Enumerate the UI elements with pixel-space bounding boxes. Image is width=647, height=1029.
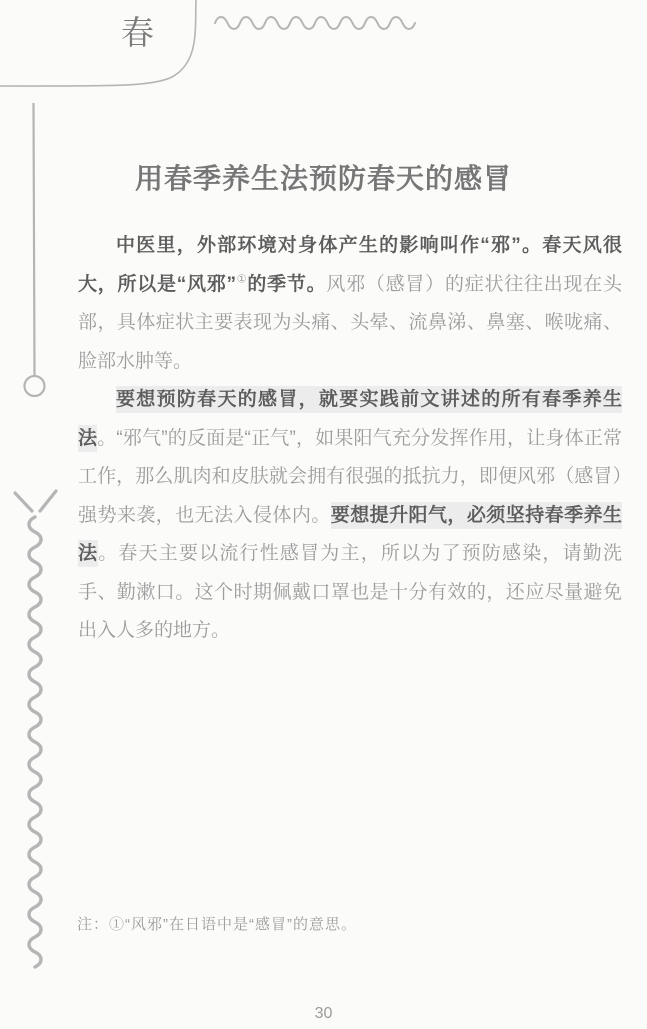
v-ornament-right-stroke xyxy=(40,491,56,511)
text-segment-bold: 的季节。 xyxy=(247,274,326,295)
v-ornament-left-stroke xyxy=(15,493,32,511)
footnote-reference-mark: ① xyxy=(236,273,247,285)
text-segment-regular: 。春天主要以流行性感冒为主，所以为了预防感染，请勤洗手、勤漱口。这个时期佩戴口罩… xyxy=(78,543,622,641)
ring-ornament xyxy=(25,376,45,396)
left-vertical-line xyxy=(34,103,35,375)
article-body: 中医里，外部环境对身体产生的影响叫作“邪”。春天风很大，所以是“风邪”①的季节。… xyxy=(78,227,622,651)
page-number: 30 xyxy=(0,1005,647,1023)
body-paragraph: 要想预防春天的感冒，就要实践前文讲述的所有春季养生法。“邪气”的反面是“正气”，… xyxy=(78,381,622,651)
top-wavy-line xyxy=(215,17,415,29)
footnote: 注：①“风邪”在日语中是“感冒”的意思。 xyxy=(77,913,357,934)
left-wavy-line xyxy=(29,517,41,967)
body-paragraph: 中医里，外部环境对身体产生的影响叫作“邪”。春天风很大，所以是“风邪”①的季节。… xyxy=(78,227,622,381)
section-tab-spring: 春 xyxy=(121,16,156,49)
book-page: 春 用春季养生法预防春天的感冒 中医里，外部环境对身体产生的影响叫作“邪”。春天… xyxy=(0,0,647,1029)
tab-outline-curve xyxy=(0,0,196,86)
page-title: 用春季养生法预防春天的感冒 xyxy=(40,157,607,197)
